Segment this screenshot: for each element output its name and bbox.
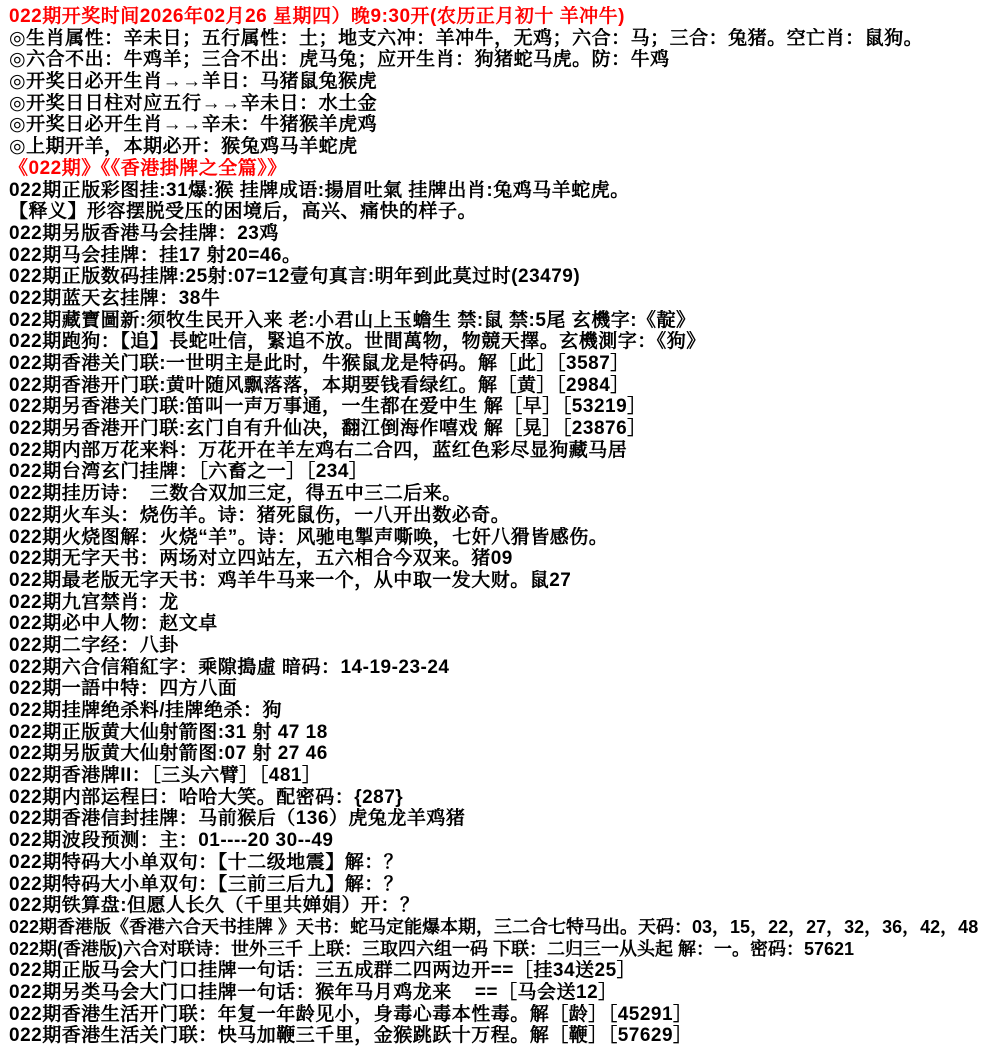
lottery-info-page: 022期开奖时间2026年02月26 星期四）晚9:30开(农历正月初十 羊冲牛… (0, 0, 1000, 1051)
text-line: 022期开奖时间2026年02月26 星期四）晚9:30开(农历正月初十 羊冲牛… (9, 6, 1000, 28)
text-line: 022期特码大小单双句：【十二级地震】解：？ (9, 852, 1000, 874)
text-line: ◎生肖属性：辛未日；五行属性：土；地支六冲：羊冲牛，无鸡；六合：马；三合：兔猪。… (9, 28, 1000, 50)
text-line: 022期挂牌绝杀料/挂牌绝杀：狗 (9, 700, 1000, 722)
text-line: 022期藏寶圖新:须牧生民开入来 老:小君山上玉蟾生 禁:鼠 禁:5尾 玄機字:… (9, 310, 1000, 332)
text-line: 022期必中人物：赵文卓 (9, 613, 1000, 635)
text-line: 022期一語中特：四方八面 (9, 678, 1000, 700)
text-line: 022期正版彩图挂:31爆:猴 挂牌成语:揚眉吐氣 挂牌出肖:兔鸡马羊蛇虎。 (9, 180, 1000, 202)
text-line: 022期特码大小单双句：【三前三后九】解：？ (9, 874, 1000, 896)
text-line: 022期另香港关门联:笛叫一声万事通，一生都在爱中生 解［早］［53219］ (9, 396, 1000, 418)
text-line: 022期蓝天玄挂牌：38牛 (9, 288, 1000, 310)
text-line: ◎上期开羊，本期必开：猴兔鸡马羊蛇虎 (9, 136, 1000, 158)
text-line: 【释义】形容摆脱受压的困境后，高兴、痛快的样子。 (9, 201, 1000, 223)
text-line: 022期火车头：烧伤羊。诗：猪死鼠伤，一八开出数必奇。 (9, 505, 1000, 527)
text-line: 022期内部万花来料：万花开在羊左鸡右二合四，蓝红色彩尽显狗藏马居 (9, 440, 1000, 462)
text-line: 022期波段预测：主：01----20 30--49 (9, 830, 1000, 852)
text-line: 022期香港版《香港六合天书挂牌 》天书：蛇马定能爆本期，三二合七特马出。天码：… (9, 917, 1000, 939)
text-line: 022期正版马会大门口挂牌一句话：三五成群二四两边开==［挂34送25］ (9, 960, 1000, 982)
text-line: ◎开奖日日柱对应五行→→辛未日：水土金 (9, 93, 1000, 115)
text-line: 022期香港牌II：［三头六臂］［481］ (9, 765, 1000, 787)
text-line: 022期香港生活开门联：年复一年龄见小，身毒心毒本性毒。解［龄］［45291］ (9, 1004, 1000, 1026)
text-line: 022期九宫禁肖：龙 (9, 592, 1000, 614)
text-line: 022期另类马会大门口挂牌一句话：猴年马月鸡龙来 ==［马会送12］ (9, 982, 1000, 1004)
text-line: 022期香港信封挂牌：马前猴后（136）虎兔龙羊鸡猪 (9, 808, 1000, 830)
text-line: 022期香港关门联:一世明主是此时，牛猴鼠龙是特码。解［此］［3587］ (9, 353, 1000, 375)
text-line: ◎开奖日必开生肖→→辛未：牛猪猴羊虎鸡 (9, 114, 1000, 136)
text-line: 《022期》《《香港掛牌之全篇》》 (9, 158, 1000, 180)
text-line: 022期另版香港马会挂牌：23鸡 (9, 223, 1000, 245)
text-line: 022期另版黄大仙射箭图:07 射 27 46 (9, 743, 1000, 765)
text-line: ◎六合不出：牛鸡羊；三合不出：虎马兔；应开生肖：狗猪蛇马虎。防：牛鸡 (9, 49, 1000, 71)
text-line: 022期跑狗：【追】長蛇吐信，緊追不放。世間萬物，物競天擇。玄機測字：《狗》 (9, 331, 1000, 353)
text-line: 022期正版黄大仙射箭图:31 射 47 18 (9, 722, 1000, 744)
text-line: 022期台湾玄门挂牌：［六畜之一］［234］ (9, 461, 1000, 483)
text-line: 022期无字天书：两场对立四站左，五六相合今双来。猪09 (9, 548, 1000, 570)
text-line: 022期二字经：八卦 (9, 635, 1000, 657)
text-line: 022期(香港版)六合对联诗：世外三千 上联：三取四六组一码 下联：二归三一从头… (9, 939, 1000, 961)
text-line: 022期香港生活关门联：快马加鞭三千里，金猴跳跃十万程。解［鞭］［57629］ (9, 1025, 1000, 1047)
text-line: 022期六合信箱紅字：乘隙搗虛 暗码：14-19-23-24 (9, 657, 1000, 679)
text-line: 022期另香港开门联:玄门自有升仙决，翻江倒海作嘻戏 解［晃］［23876］ (9, 418, 1000, 440)
text-line: ◎开奖日必开生肖→→羊日：马猪鼠兔猴虎 (9, 71, 1000, 93)
lines-container: 022期开奖时间2026年02月26 星期四）晚9:30开(农历正月初十 羊冲牛… (9, 6, 1000, 1047)
text-line: 022期内部运程曰：哈哈大笑。配密码：{287} (9, 787, 1000, 809)
text-line: 022期马会挂牌：挂17 射20=46。 (9, 245, 1000, 267)
text-line: 022期正版数码挂牌:25射:07=12壹句真言:明年到此莫过时(23479) (9, 266, 1000, 288)
text-line: 022期最老版无字天书：鸡羊牛马来一个，从中取一发大财。鼠27 (9, 570, 1000, 592)
text-line: 022期铁算盘:但愿人长久（千里共婵娟）开：？ (9, 895, 1000, 917)
text-line: 022期香港开门联:黄叶随风飘落落，本期要钱看绿红。解［黄］［2984］ (9, 375, 1000, 397)
text-line: 022期挂历诗： 三数合双加三定，得五中三二后来。 (9, 483, 1000, 505)
text-line: 022期火烧图解：火烧“羊”。诗：风驰电掣声嘶唤，七奸八猾皆感伤。 (9, 527, 1000, 549)
